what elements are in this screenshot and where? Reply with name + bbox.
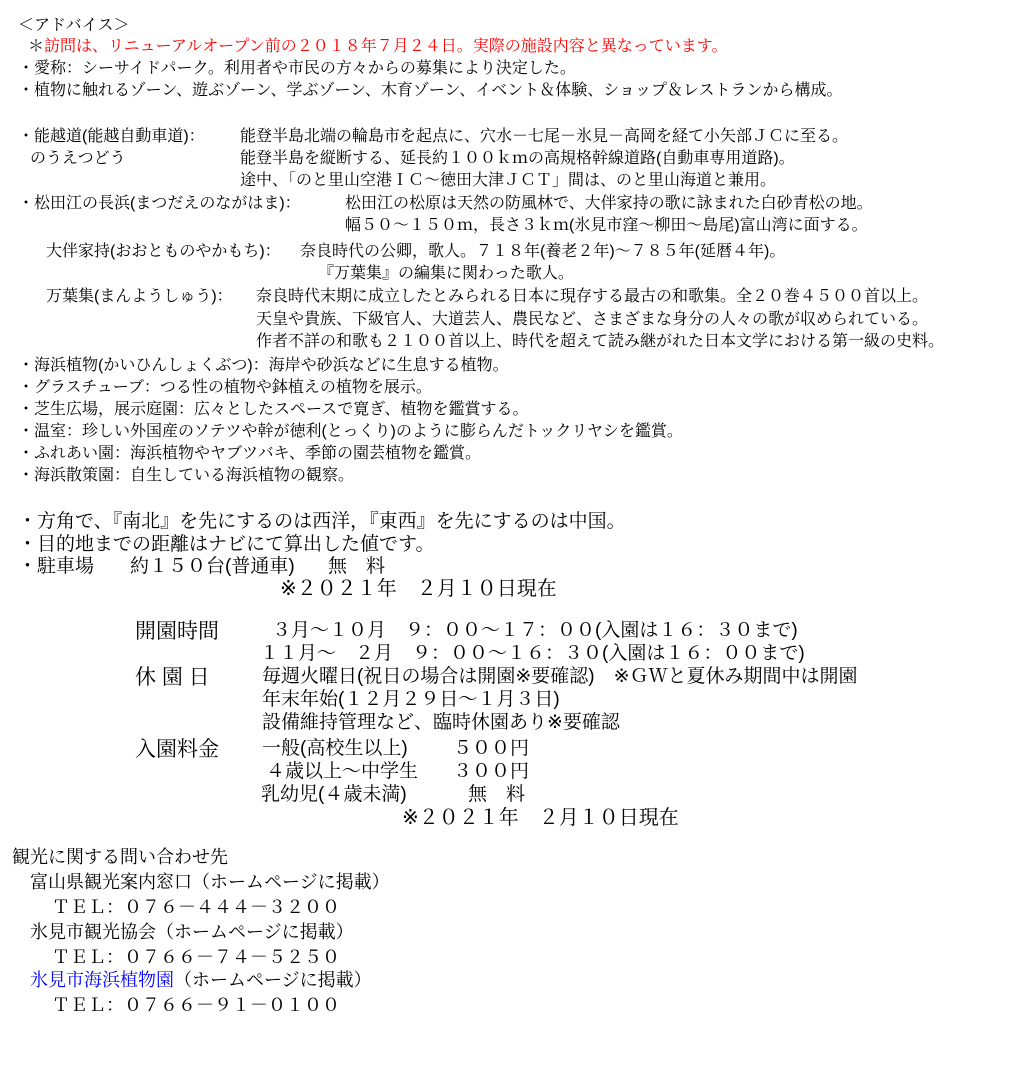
noetsu-road-reading: のうえつどう能登半島を縦断する、延長約１００ｋｍの高規格幹線道路(自動車専用道路… — [0, 145, 1016, 169]
distance-note: ・目的地までの距離はナビにて算出した値です。 — [0, 529, 1016, 553]
manyoshu-note-2: 作者不詳の和歌も２１００首以上、時代を超えて読み継がれた日本文学における第一級の… — [0, 328, 1016, 352]
date-note-admission: ※２０２１年 ２月１０日現在 — [0, 801, 1016, 825]
admission-fee-infant: 乳幼児(４歳未満)無 料 — [0, 779, 1016, 803]
noetsu-road-reading-text: 能登半島を縦断する、延長約１００ｋｍの高規格幹線道路(自動車専用道路)。 — [240, 145, 795, 168]
matsudae-beach: ・松田江の長浜(まつだえのながはま)：松田江の松原は天然の防風林で、大伴家持の歌… — [0, 190, 1016, 214]
himi-botanical-garden-text: （ホームページに掲載） — [174, 966, 372, 992]
noetsu-road: ・能越道(能越自動車道)：能登半島北端の輪島市を起点に、穴水－七尾－氷見－高岡を… — [0, 123, 1016, 147]
kaihin-walk-garden-text: ・海浜散策園：自生している海浜植物の観察。 — [18, 462, 354, 485]
noetsu-road-text: ・能越道(能越自動車道)： — [18, 123, 205, 146]
manyoshu-text: 奈良時代末期に成立したとみられる日本に現存する最古の和歌集。全２０巻４５００首以… — [256, 283, 928, 306]
botanical-garden-link[interactable]: 氷見市海浜植物園 — [30, 966, 174, 992]
matsudae-beach-text: ・松田江の長浜(まつだえのながはま)： — [18, 190, 301, 213]
closed-days-newyear: 年末年始(１２月２９日～１月３日) — [0, 684, 1016, 708]
visit-date-note: ＊訪問は、リニューアルオープン前の２０１８年７月２４日。実際の施設内容と異なって… — [0, 33, 1016, 57]
advice-heading-text: ＜アドバイス＞ — [18, 12, 130, 35]
nickname-note-text: ・愛称：シーサイドパーク。利用者や市民の方々からの募集により決定した。 — [18, 55, 576, 78]
otomo-yakamochi-text: 大伴家持(おおとものやかもち)： — [46, 238, 281, 261]
closed-days-maintenance: 設備維持管理など、臨時休園あり※要確認 — [0, 707, 1016, 731]
himi-botanical-garden-tel-text: ＴＥＬ：０７６６－９１－０１００ — [52, 991, 340, 1017]
zones-note-text: ・植物に触れるゾーン、遊ぶゾーン、学ぶゾーン、木育ゾーン、イベント＆体験、ショッ… — [18, 77, 842, 100]
date-note-admission-text: ※２０２１年 ２月１０日現在 — [402, 801, 679, 830]
otomo-yakamochi-text: 奈良時代の公卿，歌人。７１８年(養老２年)～７８５年(延暦４年)。 — [300, 238, 785, 261]
himi-botanical-garden-tel: ＴＥＬ：０７６６－９１－０１００ — [0, 991, 1016, 1015]
zones-note: ・植物に触れるゾーン、遊ぶゾーン、学ぶゾーン、木育ゾーン、イベント＆体験、ショッ… — [0, 77, 1016, 101]
matsudae-beach-text: 松田江の松原は天然の防風林で、大伴家持の歌に詠まれた白砂青松の地。 — [345, 190, 873, 213]
himi-botanical-garden: 氷見市海浜植物園（ホームページに掲載） — [0, 966, 1016, 990]
lawn-garden-text: ・芝生広場，展示庭園：広々としたスペースで寛ぎ、植物を鑑賞する。 — [18, 396, 529, 419]
fureai-garden: ・ふれあい園：海浜植物やヤブツバキ、季節の園芸植物を鑑賞。 — [0, 440, 1016, 464]
open-hours: 開園時間３月～１０月 ９：００～１７：００(入園は１６：３０まで) — [0, 615, 1016, 639]
toyama-tourism-tel-text: ＴＥＬ：０７６－４４４－３２００ — [52, 893, 340, 919]
himi-tourism-tel: ＴＥＬ：０７６６－７４－５２５０ — [0, 943, 1016, 967]
noetsu-road-reading-text: のうえつどう — [30, 145, 126, 168]
toyama-tourism-office-text: 富山県観光案内窓口（ホームページに掲載） — [30, 868, 390, 894]
himi-tourism-association: 氷見市観光協会（ホームページに掲載） — [0, 918, 1016, 942]
noetsu-road-note: 途中、「のと里山空港ＩＣ～徳田大津ＪＣＴ」間は、のと里山海道と兼用。 — [0, 167, 1016, 191]
himi-tourism-association-text: 氷見市観光協会（ホームページに掲載） — [30, 918, 354, 944]
date-note-parking: ※２０２１年 ２月１０日現在 — [0, 572, 1016, 596]
manyoshu-text: 万葉集(まんようしゅう)： — [46, 283, 233, 306]
otomo-yakamochi-note-text: 『万葉集』の編集に関わった歌人。 — [318, 260, 574, 283]
greenhouse: ・温室：珍しい外国産のソテツや幹が徳利(とっくり)のように膨らんだトックリヤシを… — [0, 418, 1016, 442]
open-hours-winter: １１月～ ２月 ９：００～１６：３０(入園は１６：００まで) — [0, 638, 1016, 662]
toyama-tourism-tel: ＴＥＬ：０７６－４４４－３２００ — [0, 893, 1016, 917]
otomo-yakamochi-note: 『万葉集』の編集に関わった歌人。 — [0, 260, 1016, 284]
admission-fee: 入園料金一般(高校生以上)５００円 — [0, 733, 1016, 757]
kaihin-walk-garden: ・海浜散策園：自生している海浜植物の観察。 — [0, 462, 1016, 486]
closed-days: 休 園 日毎週火曜日(祝日の場合は開園※要確認) ※ＧＷと夏休み期間中は開園 — [0, 661, 1016, 685]
kaihin-plants-text: ・海浜植物(かいひんしょくぶつ)：海岸や砂浜などに生息する植物。 — [18, 352, 509, 375]
visit-date-note-text: 訪問は、リニューアルオープン前の２０１８年７月２４日。実際の施設内容と異なってい… — [44, 33, 728, 56]
toyama-tourism-office: 富山県観光案内窓口（ホームページに掲載） — [0, 868, 1016, 892]
admission-fee-child: ４歳以上～中学生３００円 — [0, 756, 1016, 780]
manyoshu: 万葉集(まんようしゅう)：奈良時代末期に成立したとみられる日本に現存する最古の和… — [0, 283, 1016, 307]
glass-tube: ・グラスチューブ：つる性の植物や鉢植えの植物を展示。 — [0, 374, 1016, 398]
direction-note: ・方角で、『南北』を先にするのは西洋，『東西』を先にするのは中国。 — [0, 506, 1016, 530]
otomo-yakamochi: 大伴家持(おおとものやかもち)：奈良時代の公卿，歌人。７１８年(養老２年)～７８… — [0, 238, 1016, 262]
contact-heading-text: 観光に関する問い合わせ先 — [12, 843, 228, 869]
closed-days-maintenance-text: 設備維持管理など、臨時休園あり※要確認 — [262, 707, 620, 734]
greenhouse-text: ・温室：珍しい外国産のソテツや幹が徳利(とっくり)のように膨らんだトックリヤシを… — [18, 418, 683, 441]
lawn-garden: ・芝生広場，展示庭園：広々としたスペースで寛ぎ、植物を鑑賞する。 — [0, 396, 1016, 420]
contact-heading: 観光に関する問い合わせ先 — [0, 843, 1016, 867]
document: ＜アドバイス＞＊訪問は、リニューアルオープン前の２０１８年７月２４日。実際の施設… — [0, 0, 1016, 1078]
noetsu-road-text: 能登半島北端の輪島市を起点に、穴水－七尾－氷見－高岡を経て小矢部ＪＣに至る。 — [240, 123, 848, 146]
fureai-garden-text: ・ふれあい園：海浜植物やヤブツバキ、季節の園芸植物を鑑賞。 — [18, 440, 481, 463]
noetsu-road-note-text: 途中、「のと里山空港ＩＣ～徳田大津ＪＣＴ」間は、のと里山海道と兼用。 — [240, 167, 776, 190]
matsudae-beach-size: 幅５０～１５０ｍ，長さ３ｋｍ(氷見市窪～柳田～島尾)富山湾に面する。 — [0, 212, 1016, 236]
manyoshu-note-1: 天皇や貴族、下級官人、大道芸人、農民など、さまざまな身分の人々の歌が収められてい… — [0, 306, 1016, 330]
date-note-parking-text: ※２０２１年 ２月１０日現在 — [280, 572, 557, 601]
visit-date-note-text: ＊ — [28, 33, 44, 56]
manyoshu-note-2-text: 作者不詳の和歌も２１００首以上、時代を超えて読み継がれた日本文学における第一級の… — [256, 328, 944, 351]
kaihin-plants: ・海浜植物(かいひんしょくぶつ)：海岸や砂浜などに生息する植物。 — [0, 352, 1016, 376]
matsudae-beach-size-text: 幅５０～１５０ｍ，長さ３ｋｍ(氷見市窪～柳田～島尾)富山湾に面する。 — [345, 212, 868, 235]
glass-tube-text: ・グラスチューブ：つる性の植物や鉢植えの植物を展示。 — [18, 374, 432, 397]
nickname-note: ・愛称：シーサイドパーク。利用者や市民の方々からの募集により決定した。 — [0, 55, 1016, 79]
manyoshu-note-1-text: 天皇や貴族、下級官人、大道芸人、農民など、さまざまな身分の人々の歌が収められてい… — [256, 306, 928, 329]
